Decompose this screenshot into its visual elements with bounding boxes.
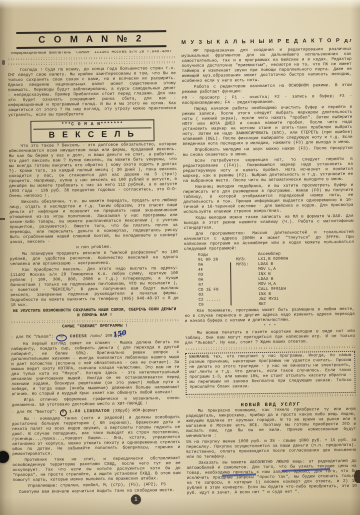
attention-notice-text: ВНИМАНИЕ тех, кто покупает у нас програм… bbox=[189, 354, 351, 391]
services-paragraph: Заказать вы можете АБСОЛЮТНО ЛЮБУЮ вещь:… bbox=[186, 460, 356, 497]
veksel-paragraph: Мы планируем продавать векселя в "мелкой… bbox=[10, 251, 178, 268]
veksel-box-big-title: В Е К С Е Л Ь bbox=[33, 130, 151, 141]
veksel-paragraph: Вексель обезличен, т.е. вы можете переда… bbox=[9, 199, 178, 246]
controls-note: Советуем вам вначале научиться водить та… bbox=[13, 489, 181, 496]
music-editor-paragraph: Работа с редактором начинается на ОСНОВН… bbox=[182, 84, 352, 96]
music-editor-paragraph: Опробовать мелодию на звук можно нажав (… bbox=[183, 147, 353, 159]
program-price: (38руб) bbox=[112, 410, 130, 414]
edge-ink-blob bbox=[354, 470, 360, 483]
masthead-rule-bottom bbox=[16, 45, 166, 49]
attention-notice-box: ВНИМАНИЕ тех, кто покупает у нас програм… bbox=[185, 351, 356, 395]
assembler-note-paragraph: Как понимаете, программа может быть разм… bbox=[185, 308, 355, 325]
appeal-caps-line: НЕ УПУСТИТЕ ВОЗМОЖНОСТИ СОХРАНИТЬ НАШИ С… bbox=[11, 308, 179, 320]
veksel-paragraph: Что это такое ? Вексель - это долговое о… bbox=[9, 143, 178, 200]
program-format: ROM-формат bbox=[133, 409, 158, 413]
music-editor-paragraph: МР предназначен для создания и редактиро… bbox=[181, 48, 351, 85]
music-editor-paragraph: Для программистов: Массив длительностей … bbox=[184, 231, 354, 253]
music-editor-paragraph: Наконец мелодия подобрана, и вы хотите п… bbox=[183, 184, 353, 216]
program-suffix: /или/ bbox=[90, 335, 103, 339]
music-editor-paragraph: Перед началом работы необходимо очистить… bbox=[182, 106, 352, 148]
services-paragraph: 5% на покупку менее 1000 руб. и 3% - свы… bbox=[186, 439, 356, 461]
circled-letter-icon: В bbox=[60, 410, 67, 417]
pen-dash-mark bbox=[0, 218, 5, 220]
divider-row: ::::::::::::::::::::::::::::::::::::::::… bbox=[186, 394, 356, 400]
masthead-title: C O M A N № 2 bbox=[16, 33, 166, 46]
program-name: 1-80 LIBERATOR bbox=[69, 410, 110, 414]
music-editor-paragraph: Если потребуется коррекция нот, то следу… bbox=[183, 158, 353, 185]
assembler-listing-table: Коды Ассемблер 01 00 20МУЗ:LXI,B 02000H … bbox=[198, 252, 329, 309]
music-editor-paragraph: Коды мелодии можно также записать на МЛ … bbox=[184, 215, 354, 232]
music-editor-title: М У З Ы К А Л Ь Н Ы Й Р Е Д А К Т О Р дл… bbox=[181, 38, 351, 47]
program-prefix: - для ПК "Львов": bbox=[11, 336, 54, 341]
services-paragraph: Мы прекрасно понимаем, как тяжело приобр… bbox=[186, 408, 356, 440]
liberator-review-paragraph: Противник тоже не спит, и периодически о… bbox=[12, 457, 180, 484]
program-name: CHEESE bbox=[70, 335, 88, 339]
pen-circle-annotation: Ч7 bbox=[56, 335, 67, 342]
handwritten-price: 150 bbox=[112, 328, 127, 338]
intro-paragraph: Господа ! Судя по всему, до конца года б… bbox=[8, 67, 177, 119]
program-prefix: - для ПК "Вектор": bbox=[12, 411, 57, 416]
melodies-offer-paragraph: Мы можем печатать в газете короткие мело… bbox=[185, 330, 355, 347]
page-number-badge: 1 bbox=[131, 494, 141, 504]
left-column: C O M A N № 2 Информационный бюллетень "… bbox=[7, 29, 181, 505]
veksel-box: ***C O M A N******* В Е К С Е Л Ь bbox=[30, 119, 154, 142]
cheese-review-paragraph: На первый взгляд сюжет не сложен - Мышка… bbox=[11, 341, 180, 398]
pen-dot-mark bbox=[2, 60, 5, 65]
veksel-paragraph: Как приобрести вексель. Для этого надо в… bbox=[10, 267, 178, 309]
liberator-review-paragraph: Вы - командир танка (хотя и рядовой) и д… bbox=[12, 416, 180, 458]
function-keys-line: F0 - просмотр ; F1 - очистка; F2 - запис… bbox=[182, 95, 352, 107]
masthead: C O M A N № 2 bbox=[16, 30, 166, 49]
cheese-review-paragraph: Игра отлично оформлена графически и музы… bbox=[12, 397, 180, 409]
right-column: М У З Ы К А Л Ь Н Ы Й Р Е Д А К Т О Р дл… bbox=[181, 38, 357, 498]
paper-sheet: C O M A N № 2 Информационный бюллетень "… bbox=[0, 0, 360, 515]
scanned-newsletter-page: C O M A N № 2 Информационный бюллетень "… bbox=[0, 0, 360, 515]
